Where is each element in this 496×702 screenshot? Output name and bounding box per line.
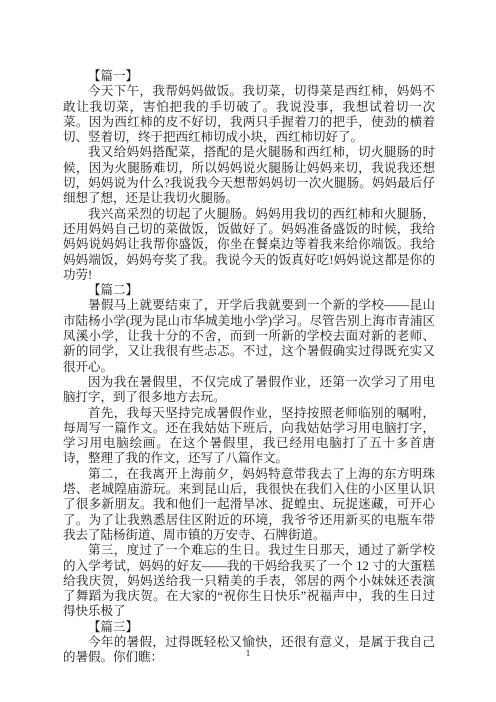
section-heading: 【篇一】 <box>63 69 435 84</box>
section-heading: 【篇二】 <box>63 283 435 298</box>
document-page: 【篇一】今天下午，我帮妈妈做饭。我切菜，切得菜是西红柿，妈妈不敢让我切菜，害怕把… <box>0 0 496 702</box>
section-heading: 【篇三】 <box>63 620 435 635</box>
paragraph: 因为我在暑假里，不仅完成了暑假作业，还第一次学习了用电脑打字，到了很多地方去玩。 <box>63 375 435 406</box>
paragraph: 暑假马上就要结束了，开学后我就要到一个新的学校——昆山市陆杨小学(现为昆山市华城… <box>63 298 435 374</box>
paragraph: 第二，在我离开上海前夕，妈妈特意带我去了上海的东方明珠塔、老城隍庙游玩。来到昆山… <box>63 467 435 543</box>
document-content: 【篇一】今天下午，我帮妈妈做饭。我切菜，切得菜是西红柿，妈妈不敢让我切菜，害怕把… <box>63 69 435 666</box>
paragraph: 我兴高采烈的切起了火腿肠。妈妈用我切的西红柿和火腿肠，还用妈妈自己切的菜做饭，饭… <box>63 207 435 283</box>
paragraph: 今天下午，我帮妈妈做饭。我切菜，切得菜是西红柿，妈妈不敢让我切菜，害怕把我的手切… <box>63 84 435 145</box>
paragraph: 我又给妈妈搭配菜，搭配的是火腿肠和西红柿，切火腿肠的时候，因为火腿肠难切，所以妈… <box>63 145 435 206</box>
paragraph: 第三，度过了一个难忘的生日。我过生日那天，通过了新学校的入学考试，妈妈的好友——… <box>63 543 435 619</box>
paragraph: 首先，我每天坚持完成暑假作业，坚持按照老师临别的嘱咐，每周写一篇作文。还在我姑姑… <box>63 406 435 467</box>
page-number: 1 <box>0 648 496 659</box>
